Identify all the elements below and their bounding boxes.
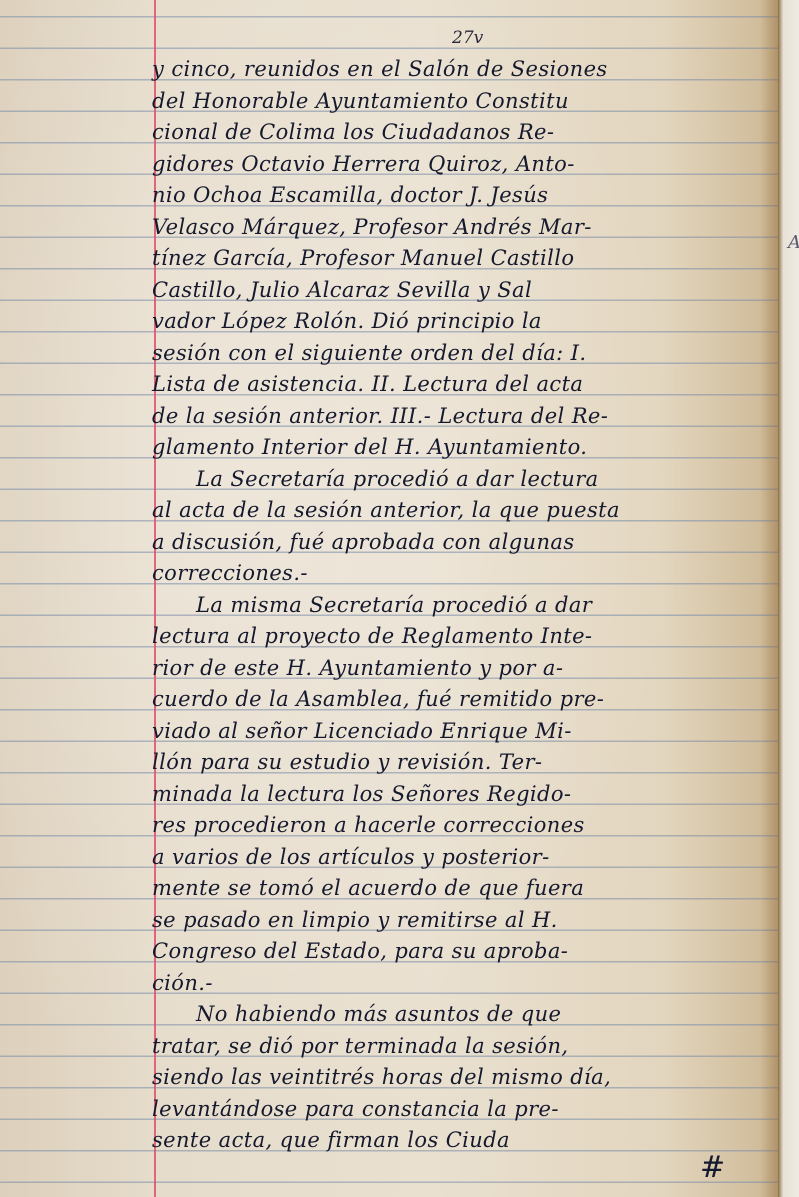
text-line: minada la lectura los Señores Regido- xyxy=(152,779,770,811)
text-line: siendo las veintitrés horas del mismo dí… xyxy=(152,1062,770,1094)
text-line: al acta de la sesión anterior, la que pu… xyxy=(152,495,770,527)
ledger-page: 27v y cinco, reunidos en el Salón de Ses… xyxy=(0,0,778,1197)
text-line: a varios de los artículos y posterior- xyxy=(152,842,770,874)
paragraph-start-line: La misma Secretaría procedió a dar xyxy=(152,590,770,622)
text-line: sente acta, que firman los Ciuda xyxy=(152,1125,770,1157)
text-line: tínez García, Profesor Manuel Castillo xyxy=(152,243,770,275)
text-line: cuerdo de la Asamblea, fué remitido pre- xyxy=(152,684,770,716)
continuation-mark: # xyxy=(700,1150,725,1185)
text-line: del Honorable Ayuntamiento Constitu xyxy=(152,86,770,118)
text-line: ción.- xyxy=(152,968,770,1000)
text-line: correcciones.- xyxy=(152,558,770,590)
text-line: cional de Colima los Ciudadanos Re- xyxy=(152,117,770,149)
text-line: rior de este H. Ayuntamiento y por a- xyxy=(152,653,770,685)
text-line: vador López Rolón. Dió principio la xyxy=(152,306,770,338)
text-line: glamento Interior del H. Ayuntamiento. xyxy=(152,432,770,464)
handwritten-text-block: y cinco, reunidos en el Salón de Sesione… xyxy=(152,54,770,1157)
text-line: Castillo, Julio Alcaraz Sevilla y Sal xyxy=(152,275,770,307)
text-line: y cinco, reunidos en el Salón de Sesione… xyxy=(152,54,770,86)
text-line: de la sesión anterior. III.- Lectura del… xyxy=(152,401,770,433)
text-line: viado al señor Licenciado Enrique Mi- xyxy=(152,716,770,748)
text-line: Lista de asistencia. II. Lectura del act… xyxy=(152,369,770,401)
text-line: a discusión, fué aprobada con algunas xyxy=(152,527,770,559)
paragraph-start-line: La Secretaría procedió a dar lectura xyxy=(152,464,770,496)
text-line: sesión con el siguiente orden del día: I… xyxy=(152,338,770,370)
folio-number: 27v xyxy=(452,28,483,48)
text-line: tratar, se dió por terminada la sesión, xyxy=(152,1031,770,1063)
facing-page-mark: A xyxy=(788,232,799,253)
text-line: levantándose para constancia la pre- xyxy=(152,1094,770,1126)
book-gutter xyxy=(778,0,799,1197)
text-line: gidores Octavio Herrera Quiroz, Anto- xyxy=(152,149,770,181)
text-line: se pasado en limpio y remitirse al H. xyxy=(152,905,770,937)
text-line: nio Ochoa Escamilla, doctor J. Jesús xyxy=(152,180,770,212)
paragraph-start-line: No habiendo más asuntos de que xyxy=(152,999,770,1031)
text-line: Velasco Márquez, Profesor Andrés Mar- xyxy=(152,212,770,244)
text-line: llón para su estudio y revisión. Ter- xyxy=(152,747,770,779)
text-line: lectura al proyecto de Reglamento Inte- xyxy=(152,621,770,653)
text-line: res procedieron a hacerle correcciones xyxy=(152,810,770,842)
text-line: mente se tomó el acuerdo de que fuera xyxy=(152,873,770,905)
text-line: Congreso del Estado, para su aproba- xyxy=(152,936,770,968)
